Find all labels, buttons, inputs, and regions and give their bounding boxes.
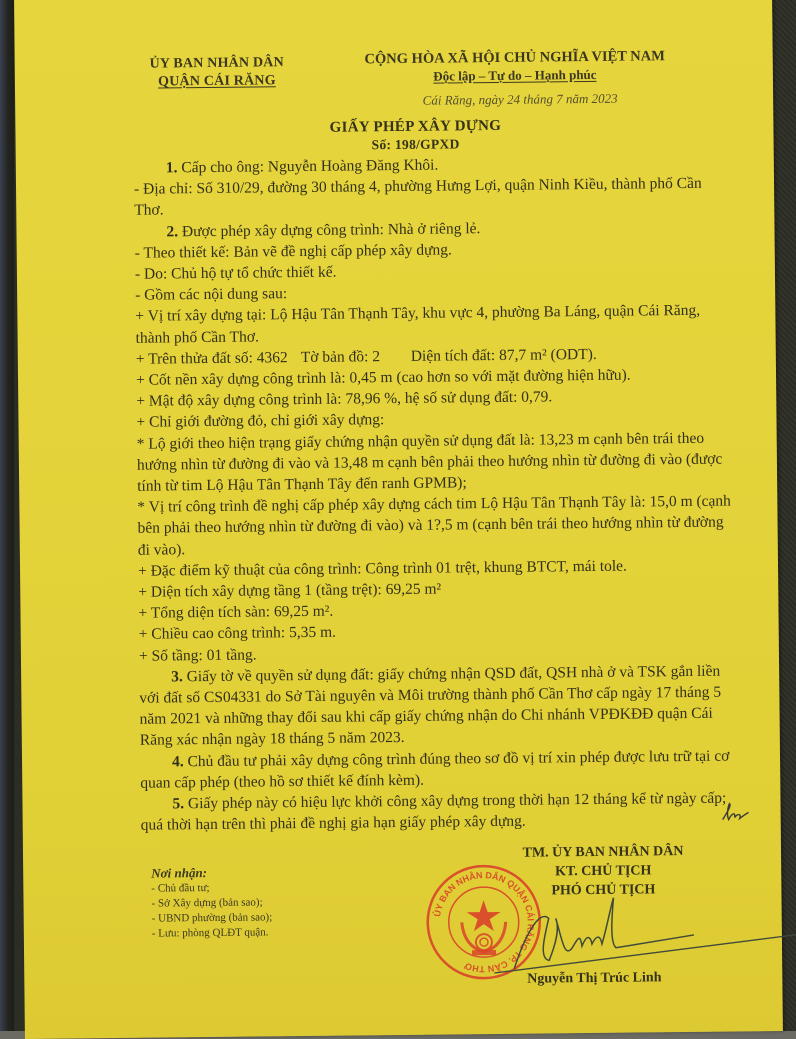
permit-document: ỦY BAN NHÂN DÂN QUẬN CÁI RĂNG CỘNG HÒA X… [14, 0, 783, 1039]
land-area: Diện tích đất: 87,7 m² (ODT). [411, 344, 597, 367]
issuer-line-1: ỦY BAN NHÂN DÂN [127, 54, 307, 74]
document-body: 1. Cấp cho ông: Nguyễn Hoàng Đăng Khôi. … [134, 151, 741, 836]
signer-name: Nguyễn Thị Trúc Linh [494, 970, 694, 988]
issuer-line-2: QUẬN CÁI RĂNG [127, 72, 307, 92]
issuer-header: ỦY BAN NHÂN DÂN QUẬN CÁI RĂNG [127, 54, 307, 92]
boundary-detail-2: * Vị trí công trình đề nghị cấp phép xây… [137, 491, 738, 561]
section-3: 3. Giấy tờ về quyền sử dụng đất: giấy ch… [139, 660, 740, 751]
boundary-detail-1: * Lộ giới theo hiện trạng giấy chứng nhậ… [137, 427, 738, 497]
section-4: 4. Chủ đầu tư phải xây dựng công trình đ… [140, 745, 740, 794]
document-number: Số: 198/GPXD [236, 134, 596, 156]
place-date: Cái Răng, ngày 24 tháng 7 năm 2023 [385, 90, 655, 109]
map-sheet: Tờ bản đồ: 2 [301, 346, 411, 368]
applicant-address: - Địa chỉ: Số 310/29, đường 30 tháng 4, … [134, 173, 734, 222]
handwritten-initials-icon [719, 801, 749, 823]
national-header: CỘNG HÒA XÃ HỘI CHỦ NGHĨA VIỆT NAM Độc l… [330, 47, 700, 87]
background-left-edge [0, 0, 14, 1039]
recipients-block: Nơi nhận: - Chủ đầu tư; - Sở Xây dựng (b… [151, 862, 412, 942]
parcel-number: + Trên thửa đất số: 4362 [136, 347, 301, 370]
construction-location: + Vị trí xây dựng tại: Lộ Hậu Tân Thạnh … [135, 300, 735, 349]
section-5: 5. Giấy phép này có hiệu lực khởi công x… [140, 788, 740, 837]
handwritten-signature-icon [493, 886, 796, 979]
recipient-item: - Lưu: phòng QLĐT quận. [152, 924, 412, 942]
document-title-block: GIẤY PHÉP XÂY DỰNG Số: 198/GPXD [235, 116, 595, 156]
